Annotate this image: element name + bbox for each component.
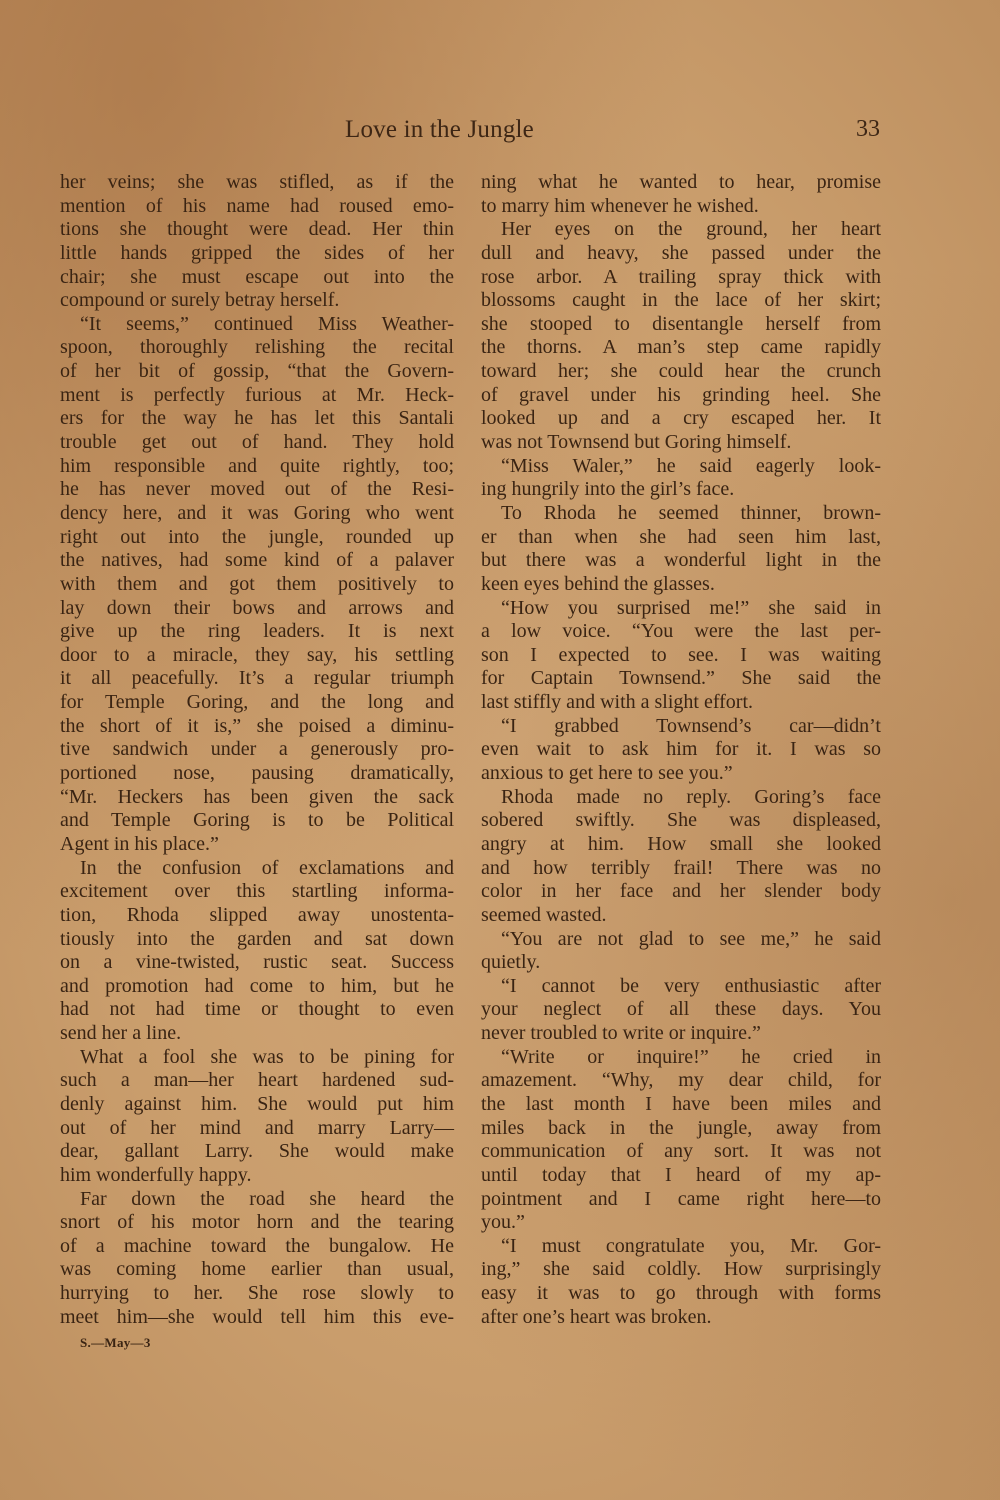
- text-line: color in her face and her slender body: [481, 880, 881, 904]
- text-line: for Temple Goring, and the long and: [60, 691, 454, 715]
- text-line: ment is perfectly furious at Mr. Heck-: [60, 384, 454, 408]
- text-line: tive sandwich under a generously pro-: [60, 738, 454, 762]
- text-line: lay down their bows and arrows and: [60, 597, 454, 621]
- text-line: door to a miracle, they say, his settlin…: [60, 644, 454, 668]
- text-line: him responsible and quite rightly, too;: [60, 455, 454, 479]
- text-line: pointment and I came right here—to: [481, 1188, 881, 1212]
- text-line: your neglect of all these days. You: [481, 998, 881, 1022]
- text-line: and how terribly frail! There was no: [481, 857, 881, 881]
- text-line: even wait to ask him for it. I was so: [481, 738, 881, 762]
- text-line: tiously into the garden and sat down: [60, 928, 454, 952]
- text-line: of a machine toward the bungalow. He: [60, 1235, 454, 1259]
- running-title: Love in the Jungle: [345, 116, 534, 144]
- text-line: toward her; she could hear the crunch: [481, 360, 881, 384]
- text-line: “I cannot be very enthusiastic after: [481, 975, 881, 999]
- text-line: had not had time or thought to even: [60, 998, 454, 1022]
- text-line: send her a line.: [60, 1022, 454, 1046]
- text-line: for Captain Townsend.” She said the: [481, 667, 881, 691]
- text-line: “Miss Waler,” he said eagerly look-: [481, 455, 881, 479]
- text-line: miles back in the jungle, away from: [481, 1117, 881, 1141]
- text-line: tion, Rhoda slipped away unostenta-: [60, 904, 454, 928]
- text-line: “I must congratulate you, Mr. Gor-: [481, 1235, 881, 1259]
- text-line: and promotion had come to him, but he: [60, 975, 454, 999]
- text-line: tions she thought were dead. Her thin: [60, 218, 454, 242]
- text-line: give up the ring leaders. It is next: [60, 620, 454, 644]
- text-line: “I grabbed Townsend’s car—didn’t: [481, 715, 881, 739]
- text-line: In the confusion of exclamations and: [60, 857, 454, 881]
- text-line: a low voice. “You were the last per-: [481, 620, 881, 644]
- text-line: the thorns. A man’s step came rapidly: [481, 336, 881, 360]
- text-line: until today that I heard of my ap-: [481, 1164, 881, 1188]
- text-line: after one’s heart was broken.: [481, 1306, 881, 1330]
- text-line: excitement over this startling informa-: [60, 880, 454, 904]
- text-line: er than when she had seen him last,: [481, 526, 881, 550]
- text-line: dull and heavy, she passed under the: [481, 242, 881, 266]
- signature-mark: S.—May—3: [80, 1335, 151, 1351]
- text-line: son I expected to see. I was waiting: [481, 644, 881, 668]
- text-line: blossoms caught in the lace of her skirt…: [481, 289, 881, 313]
- text-line: ers for the way he has let this Santali: [60, 407, 454, 431]
- text-line: the last month I have been miles and: [481, 1093, 881, 1117]
- text-line: ing hungrily into the girl’s face.: [481, 478, 881, 502]
- text-line: you.”: [481, 1211, 881, 1235]
- text-line: her veins; she was stifled, as if the: [60, 171, 454, 195]
- text-line: communication of any sort. It was not: [481, 1140, 881, 1164]
- text-line: trouble get out of hand. They hold: [60, 431, 454, 455]
- text-line: such a man—her heart hardened sud-: [60, 1069, 454, 1093]
- text-line: sobered swiftly. She was displeased,: [481, 809, 881, 833]
- text-line: keen eyes behind the glasses.: [481, 573, 881, 597]
- text-line: meet him—she would tell him this eve-: [60, 1306, 454, 1330]
- text-line: ning what he wanted to hear, promise: [481, 171, 881, 195]
- text-line: Her eyes on the ground, her heart: [481, 218, 881, 242]
- left-column: her veins; she was stifled, as if themen…: [60, 171, 454, 1329]
- text-line: amazement. “Why, my dear child, for: [481, 1069, 881, 1093]
- text-line: spoon, thoroughly relishing the recital: [60, 336, 454, 360]
- text-line: “Write or inquire!” he cried in: [481, 1046, 881, 1070]
- text-line: easy it was to go through with forms: [481, 1282, 881, 1306]
- text-line: Agent in his place.”: [60, 833, 454, 857]
- text-line: quietly.: [481, 951, 881, 975]
- text-line: Rhoda made no reply. Goring’s face: [481, 786, 881, 810]
- text-line: “It seems,” continued Miss Weather-: [60, 313, 454, 337]
- text-line: hurrying to her. She rose slowly to: [60, 1282, 454, 1306]
- text-line: “Mr. Heckers has been given the sack: [60, 786, 454, 810]
- page-number: 33: [856, 116, 880, 143]
- text-line: with them and got them positively to: [60, 573, 454, 597]
- text-line: To Rhoda he seemed thinner, brown-: [481, 502, 881, 526]
- text-line: portioned nose, pausing dramatically,: [60, 762, 454, 786]
- text-line: “How you surprised me!” she said in: [481, 597, 881, 621]
- text-line: What a fool she was to be pining for: [60, 1046, 454, 1070]
- text-line: but there was a wonderful light in the: [481, 549, 881, 573]
- text-line: dency here, and it was Goring who went: [60, 502, 454, 526]
- text-line: the short of it is,” she poised a diminu…: [60, 715, 454, 739]
- text-line: seemed wasted.: [481, 904, 881, 928]
- text-line: little hands gripped the sides of her: [60, 242, 454, 266]
- text-line: last stiffly and with a slight effort.: [481, 691, 881, 715]
- text-line: and Temple Goring is to be Political: [60, 809, 454, 833]
- text-line: of gravel under his grinding heel. She: [481, 384, 881, 408]
- text-line: mention of his name had roused emo-: [60, 195, 454, 219]
- text-line: right out into the jungle, rounded up: [60, 526, 454, 550]
- text-line: him wonderfully happy.: [60, 1164, 454, 1188]
- text-line: he has never moved out of the Resi-: [60, 478, 454, 502]
- text-line: angry at him. How small she looked: [481, 833, 881, 857]
- text-line: compound or surely betray herself.: [60, 289, 454, 313]
- text-line: looked up and a cry escaped her. It: [481, 407, 881, 431]
- text-line: ing,” she said coldly. How surprisingly: [481, 1258, 881, 1282]
- running-head: Love in the Jungle 33: [0, 116, 1000, 150]
- text-line: was not Townsend but Goring himself.: [481, 431, 881, 455]
- text-line: anxious to get here to see you.”: [481, 762, 881, 786]
- text-line: snort of his motor horn and the tearing: [60, 1211, 454, 1235]
- text-line: Far down the road she heard the: [60, 1188, 454, 1212]
- text-line: the natives, had some kind of a palaver: [60, 549, 454, 573]
- text-line: denly against him. She would put him: [60, 1093, 454, 1117]
- right-column: ning what he wanted to hear, promiseto m…: [481, 171, 881, 1329]
- text-line: was coming home earlier than usual,: [60, 1258, 454, 1282]
- text-line: it all peacefully. It’s a regular triump…: [60, 667, 454, 691]
- text-line: to marry him whenever he wished.: [481, 195, 881, 219]
- text-line: dear, gallant Larry. She would make: [60, 1140, 454, 1164]
- text-line: “You are not glad to see me,” he said: [481, 928, 881, 952]
- text-line: out of her mind and marry Larry—: [60, 1117, 454, 1141]
- text-line: she stooped to disentangle herself from: [481, 313, 881, 337]
- text-line: of her bit of gossip, “that the Govern-: [60, 360, 454, 384]
- text-line: chair; she must escape out into the: [60, 266, 454, 290]
- text-line: rose arbor. A trailing spray thick with: [481, 266, 881, 290]
- book-page: Love in the Jungle 33 her veins; she was…: [0, 0, 1000, 1500]
- text-line: on a vine-twisted, rustic seat. Success: [60, 951, 454, 975]
- text-line: never troubled to write or inquire.”: [481, 1022, 881, 1046]
